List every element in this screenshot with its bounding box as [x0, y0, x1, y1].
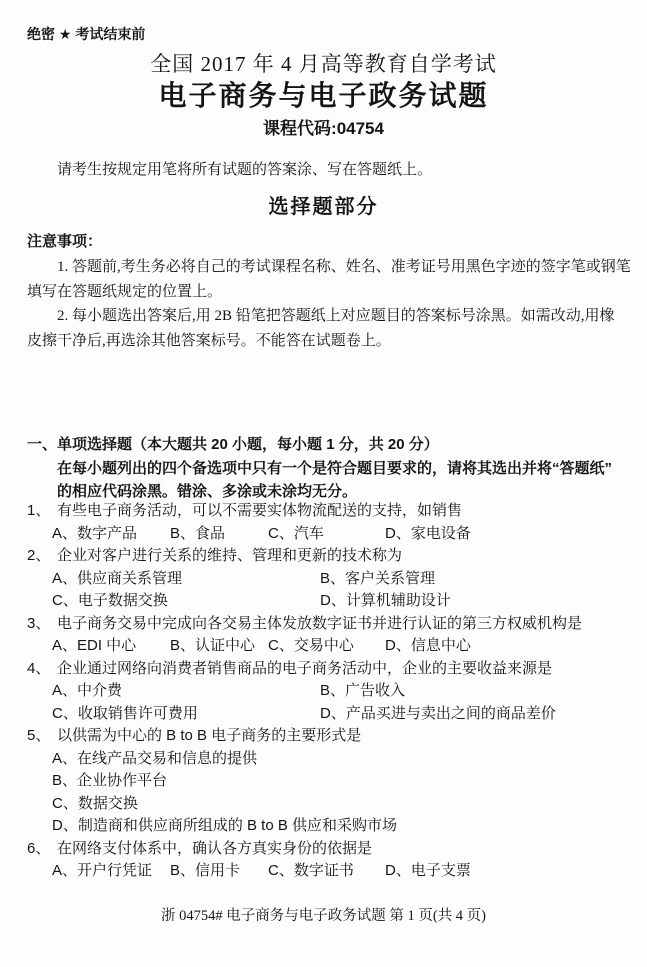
- question-4-options-row2: C、收取销售许可费用D、产品买进与卖出之间的商品差价: [27, 703, 637, 726]
- note-item2-line1: 2. 每小题选出答案后,用 2B 铅笔把答题纸上对应题目的答案标号涂黑。如需改动…: [27, 304, 627, 329]
- option-d: D、产品买进与卖出之间的商品差价: [320, 705, 556, 722]
- question-list: 1、有些电子商务活动，可以不需要实体物流配送的支持，如销售 A、数字产品B、食品…: [27, 500, 637, 883]
- question-6-options: A、开户行凭证B、信用卡C、数字证书D、电子支票: [27, 860, 637, 883]
- option-a: A、供应商关系管理: [52, 568, 320, 591]
- question-2-options-row2: C、电子数据交换D、计算机辅助设计: [27, 590, 637, 613]
- option-a: A、EDI 中心: [52, 635, 170, 658]
- option-c: C、电子数据交换: [52, 590, 320, 613]
- option-b: B、食品: [170, 523, 268, 546]
- single-choice-section: 一、单项选择题（本大题共 20 小题，每小题 1 分，共 20 分） 在每小题列…: [27, 433, 627, 504]
- section-number: 一、: [27, 433, 57, 457]
- section-heading: 一、单项选择题（本大题共 20 小题，每小题 1 分，共 20 分）: [27, 433, 627, 457]
- question-text: 在网络支付体系中，确认各方真实身份的依据是: [57, 840, 372, 857]
- question-3-options: A、EDI 中心B、认证中心C、交易中心D、信息中心: [27, 635, 637, 658]
- option-a: A、数字产品: [52, 523, 170, 546]
- section-part-title: 选择题部分: [0, 190, 647, 219]
- question-1: 1、有些电子商务活动，可以不需要实体物流配送的支持，如销售: [27, 500, 637, 523]
- option-a: A、中介费: [52, 680, 320, 703]
- question-text: 以供需为中心的 B to B 电子商务的主要形式是: [57, 727, 361, 744]
- notes-heading: 注意事项：: [27, 229, 627, 255]
- classification-banner: 绝密 ★ 考试结束前: [27, 24, 145, 44]
- option-b: B、认证中心: [170, 635, 268, 658]
- note-item1-line1: 1. 答题前,考生务必将自己的考试课程名称、姓名、准考证号用黑色字迹的签字笔或钢…: [27, 255, 627, 280]
- question-number: 5、: [27, 725, 57, 748]
- option-b: B、信用卡: [170, 860, 268, 883]
- question-number: 1、: [27, 500, 57, 523]
- question-text: 电子商务交易中完成向各交易主体发放数字证书并进行认证的第三方权威机构是: [57, 615, 582, 632]
- option-b: B、客户关系管理: [320, 570, 435, 587]
- section-heading-text: 单项选择题（本大题共 20 小题，每小题 1 分，共 20 分）: [57, 436, 439, 453]
- question-3: 3、电子商务交易中完成向各交易主体发放数字证书并进行认证的第三方权威机构是: [27, 613, 637, 636]
- option-b: B、企业协作平台: [27, 770, 637, 793]
- question-1-options: A、数字产品B、食品C、汽车D、家电设备: [27, 523, 637, 546]
- question-2-options-row1: A、供应商关系管理B、客户关系管理: [27, 568, 637, 591]
- option-a: A、开户行凭证: [52, 860, 170, 883]
- page-footer: 浙 04754# 电子商务与电子政务试题 第 1 页(共 4 页): [0, 904, 647, 925]
- question-text: 有些电子商务活动，可以不需要实体物流配送的支持，如销售: [57, 502, 462, 519]
- question-6: 6、在网络支付体系中，确认各方真实身份的依据是: [27, 838, 637, 861]
- option-c: C、交易中心: [268, 635, 385, 658]
- option-c: C、数据交换: [27, 793, 637, 816]
- question-number: 2、: [27, 545, 57, 568]
- option-d: D、电子支票: [385, 862, 471, 879]
- option-c: C、数字证书: [268, 860, 385, 883]
- question-number: 4、: [27, 658, 57, 681]
- question-2: 2、企业对客户进行关系的维持、管理和更新的技术称为: [27, 545, 637, 568]
- section-subheading-line1: 在每小题列出的四个备选项中只有一个是符合题目要求的，请将其选出并将“答题纸”: [27, 457, 627, 481]
- note-item1-line2: 填写在答题纸规定的位置上。: [27, 280, 627, 305]
- option-d: D、计算机辅助设计: [320, 592, 451, 609]
- option-d: D、家电设备: [385, 525, 471, 542]
- question-4: 4、企业通过网络向消费者销售商品的电子商务活动中，企业的主要收益来源是: [27, 658, 637, 681]
- question-number: 6、: [27, 838, 57, 861]
- answer-sheet-instruction: 请考生按规定用笔将所有试题的答案涂、写在答题纸上。: [57, 158, 432, 179]
- question-5: 5、以供需为中心的 B to B 电子商务的主要形式是: [27, 725, 637, 748]
- course-code: 课程代码:04754: [0, 114, 647, 139]
- option-c: C、收取销售许可费用: [52, 703, 320, 726]
- exam-paper-page: 绝密 ★ 考试结束前 全国 2017 年 4 月高等教育自学考试 电子商务与电子…: [0, 0, 647, 967]
- note-item2-line2: 皮擦干净后,再选涂其他答案标号。不能答在试题卷上。: [27, 329, 627, 354]
- question-number: 3、: [27, 613, 57, 636]
- question-text: 企业通过网络向消费者销售商品的电子商务活动中，企业的主要收益来源是: [57, 660, 552, 677]
- option-b: B、广告收入: [320, 682, 405, 699]
- option-d: D、信息中心: [385, 637, 471, 654]
- notes-section: 注意事项： 1. 答题前,考生务必将自己的考试课程名称、姓名、准考证号用黑色字迹…: [27, 229, 627, 354]
- option-d: D、制造商和供应商所组成的 B to B 供应和采购市场: [27, 815, 637, 838]
- option-c: C、汽车: [268, 523, 385, 546]
- exam-title-line2: 电子商务与电子政务试题: [0, 74, 647, 114]
- question-4-options-row1: A、中介费B、广告收入: [27, 680, 637, 703]
- option-a: A、在线产品交易和信息的提供: [27, 748, 637, 771]
- question-text: 企业对客户进行关系的维持、管理和更新的技术称为: [57, 547, 402, 564]
